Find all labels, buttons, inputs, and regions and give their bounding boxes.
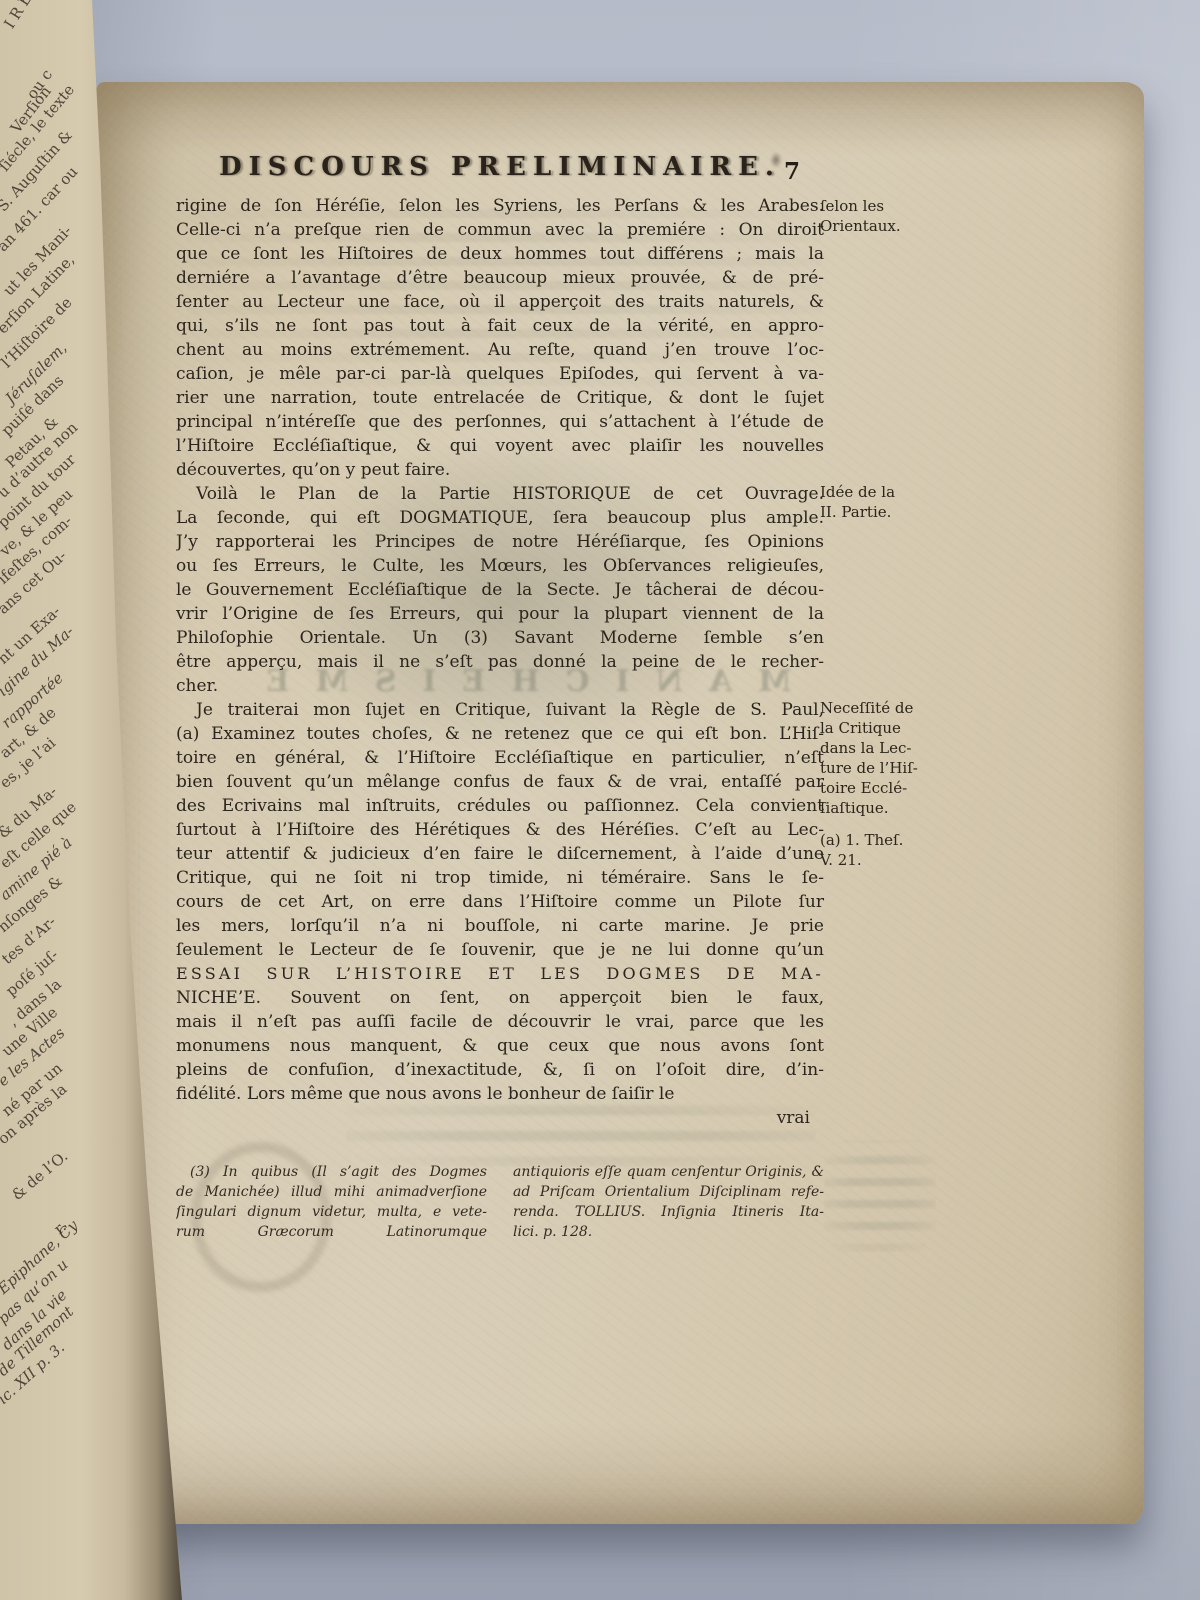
text-line: les mers, lorſqu’il n’a ni bouſſole, ni … xyxy=(176,914,824,938)
margin-note-reference-thes: (a) 1. Theſ.V. 21. xyxy=(820,830,946,870)
text-line: ou ſes Erreurs, le Culte, les Mœurs, les… xyxy=(176,554,824,578)
footnote-column-left: (3) In quibus (Il s’agit des Dogmesde Ma… xyxy=(176,1162,487,1242)
text-line: caſion, je mêle par-ci par-là quelques E… xyxy=(176,362,824,386)
text-line: Voilà le Plan de la Partie HISTORIQUE de… xyxy=(176,482,824,506)
text-line: fidélité. Lors même que nous avons le bo… xyxy=(176,1082,824,1106)
catchword: vrai xyxy=(176,1106,824,1130)
running-header: DISCOURS PRELIMINAIRE. xyxy=(180,152,820,182)
text-line: (a) Examinez toutes choſes, & ne retenez… xyxy=(176,722,824,746)
text-line: rier une narration, toute entrelacée de … xyxy=(176,386,824,410)
text-line: des Ecrivains mal inſtruits, crédules ou… xyxy=(176,794,824,818)
text-line: Idée de la xyxy=(820,482,946,502)
text-line: être apperçu, mais il ne s’eſt pas donné… xyxy=(176,650,824,674)
text-line: dans la Lec- xyxy=(820,738,946,758)
text-line: derniére a l’avantage d’être beaucoup mi… xyxy=(176,266,824,290)
text-block: rigine de ſon Héréſie, ſelon les Syriens… xyxy=(176,194,824,1242)
text-line: monumens nous manquent, & que ceux que n… xyxy=(176,1034,824,1058)
text-line: Je traiterai mon ſujet en Critique, ſuiv… xyxy=(176,698,824,722)
text-line: mais il n’eſt pas auſſi facile de découv… xyxy=(176,1010,824,1034)
text-line: Critique, qui ne ſoit ni trop timide, ni… xyxy=(176,866,824,890)
text-line: la Critique xyxy=(820,718,946,738)
text-line: toire en général, & l’Hiſtoire Eccléſiaſ… xyxy=(176,746,824,770)
text-line: rum Græcorum Latinorumque ſuperſtitione, xyxy=(176,1222,487,1242)
footnote: (3) In quibus (Il s’agit des Dogmesde Ma… xyxy=(176,1162,824,1242)
text-line: toire Ecclé- xyxy=(820,778,946,798)
paragraph-2: Voilà le Plan de la Partie HISTORIQUE de… xyxy=(176,482,824,698)
text-line: teur attentif & judicieux d’en faire le … xyxy=(176,842,824,866)
text-line: Philoſophie Orientale. Un (3) Savant Mod… xyxy=(176,626,824,650)
footnote-column-right: antiquioris eſſe quam cenſentur Originis… xyxy=(513,1162,824,1242)
paragraph-3: Je traiterai mon ſujet en Critique, ſuiv… xyxy=(176,698,824,1106)
text-line: principal n’intéreſſe que des perſonnes,… xyxy=(176,410,824,434)
book-photo-scene: MANICHEISME DISCOURS PRELIMINAIRE. 7 rig… xyxy=(0,0,1200,1600)
text-line: que ce ſont les Hiſtoires de deux hommes… xyxy=(176,242,824,266)
text-line: La ſeconde, qui eſt DOGMATIQUE, ſera bea… xyxy=(176,506,824,530)
text-line: NICHE’E. Souvent on ſent, on apperçoit b… xyxy=(176,986,824,1010)
text-line: renda. TOLLIUS. Inſignia Itineris Ita- xyxy=(513,1202,824,1222)
verso-text-fragment: I R E xyxy=(0,0,35,32)
text-line: (3) In quibus (Il s’agit des Dogmes xyxy=(176,1162,487,1182)
verso-text-fragment: & de l’O. xyxy=(8,1147,71,1204)
text-line: ESSAI SUR L’HISTOIRE ET LES DOGMES DE MA… xyxy=(176,962,824,986)
text-line: (a) 1. Theſ. xyxy=(820,830,946,850)
text-line: ture de l’Hiſ- xyxy=(820,758,946,778)
text-line: ſeulement le Lecteur de ſe ſouvenir, que… xyxy=(176,938,824,962)
text-line: l’Hiſtoire Eccléſiaſtique, & qui voyent … xyxy=(176,434,824,458)
text-line: antiquioris eſſe quam cenſentur Originis… xyxy=(513,1162,824,1182)
text-line: qui, s’ils ne ſont pas tout à fait ceux … xyxy=(176,314,824,338)
text-line: vrir l’Origine de ſes Erreurs, qui pour … xyxy=(176,602,824,626)
text-line: ſiaſtique. xyxy=(820,798,946,818)
margin-note-idee-partie: Idée de laII. Partie. xyxy=(820,482,946,522)
text-line: Neceſſité de xyxy=(820,698,946,718)
book-page-recto: MANICHEISME DISCOURS PRELIMINAIRE. 7 rig… xyxy=(96,82,1144,1524)
text-line: ad Priſcam Orientalium Diſciplinam refe- xyxy=(513,1182,824,1202)
text-line: chent au moins extrémement. Au reſte, qu… xyxy=(176,338,824,362)
text-line: ſenter au Lecteur une face, où il apperç… xyxy=(176,290,824,314)
text-line: ſurtout à l’Hiſtoire des Hérétiques & de… xyxy=(176,818,824,842)
text-line: cher. xyxy=(176,674,824,698)
text-line: le Gouvernement Eccléſiaſtique de la Sec… xyxy=(176,578,824,602)
text-line: rigine de ſon Héréſie, ſelon les Syriens… xyxy=(176,194,824,218)
text-line: Orientaux. xyxy=(820,216,946,236)
text-line: Celle-ci n’a preſque rien de commun avec… xyxy=(176,218,824,242)
margin-note-orientaux: ſelon lesOrientaux. xyxy=(820,196,946,236)
text-line: II. Partie. xyxy=(820,502,946,522)
margin-note-necessite-critique: Neceſſité dela Critiquedans la Lec-ture … xyxy=(820,698,946,818)
text-line: pleins de confuſion, d’inexactitude, &, … xyxy=(176,1058,824,1082)
text-line: J’y rapporterai les Principes de notre H… xyxy=(176,530,824,554)
text-line: de Manichée) illud mihi animadverſione xyxy=(176,1182,487,1202)
text-line: ſingulari dignum videtur, multa, e vete- xyxy=(176,1202,487,1222)
text-line: V. 21. xyxy=(820,850,946,870)
text-line: découvertes, qu’on y peut faire. xyxy=(176,458,824,482)
paragraph-1: rigine de ſon Héréſie, ſelon les Syriens… xyxy=(176,194,824,482)
ink-bleedthrough-margin xyxy=(824,1140,936,1252)
text-line: bien ſouvent qu’un mêlange confus de fau… xyxy=(176,770,824,794)
text-line: ſelon les xyxy=(820,196,946,216)
text-line: lici. p. 128. xyxy=(513,1222,824,1242)
text-line: cours de cet Art, on erre dans l’Hiſtoir… xyxy=(176,890,824,914)
page-number: 7 xyxy=(784,158,800,185)
